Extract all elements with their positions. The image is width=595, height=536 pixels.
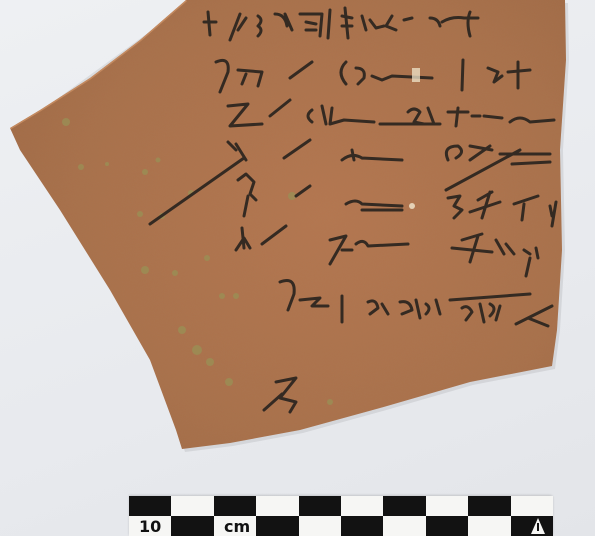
scale-number-label: 10 [139,517,161,536]
photo-scene: 10 cm [0,0,595,536]
north-arrow-icon [531,518,545,534]
scale-unit-label: cm [224,517,250,536]
scale-bar-top-row [129,496,553,516]
scale-bar: 10 cm [129,496,553,536]
scale-bar-bottom-row [129,516,553,536]
ostracon-shard [0,0,595,536]
